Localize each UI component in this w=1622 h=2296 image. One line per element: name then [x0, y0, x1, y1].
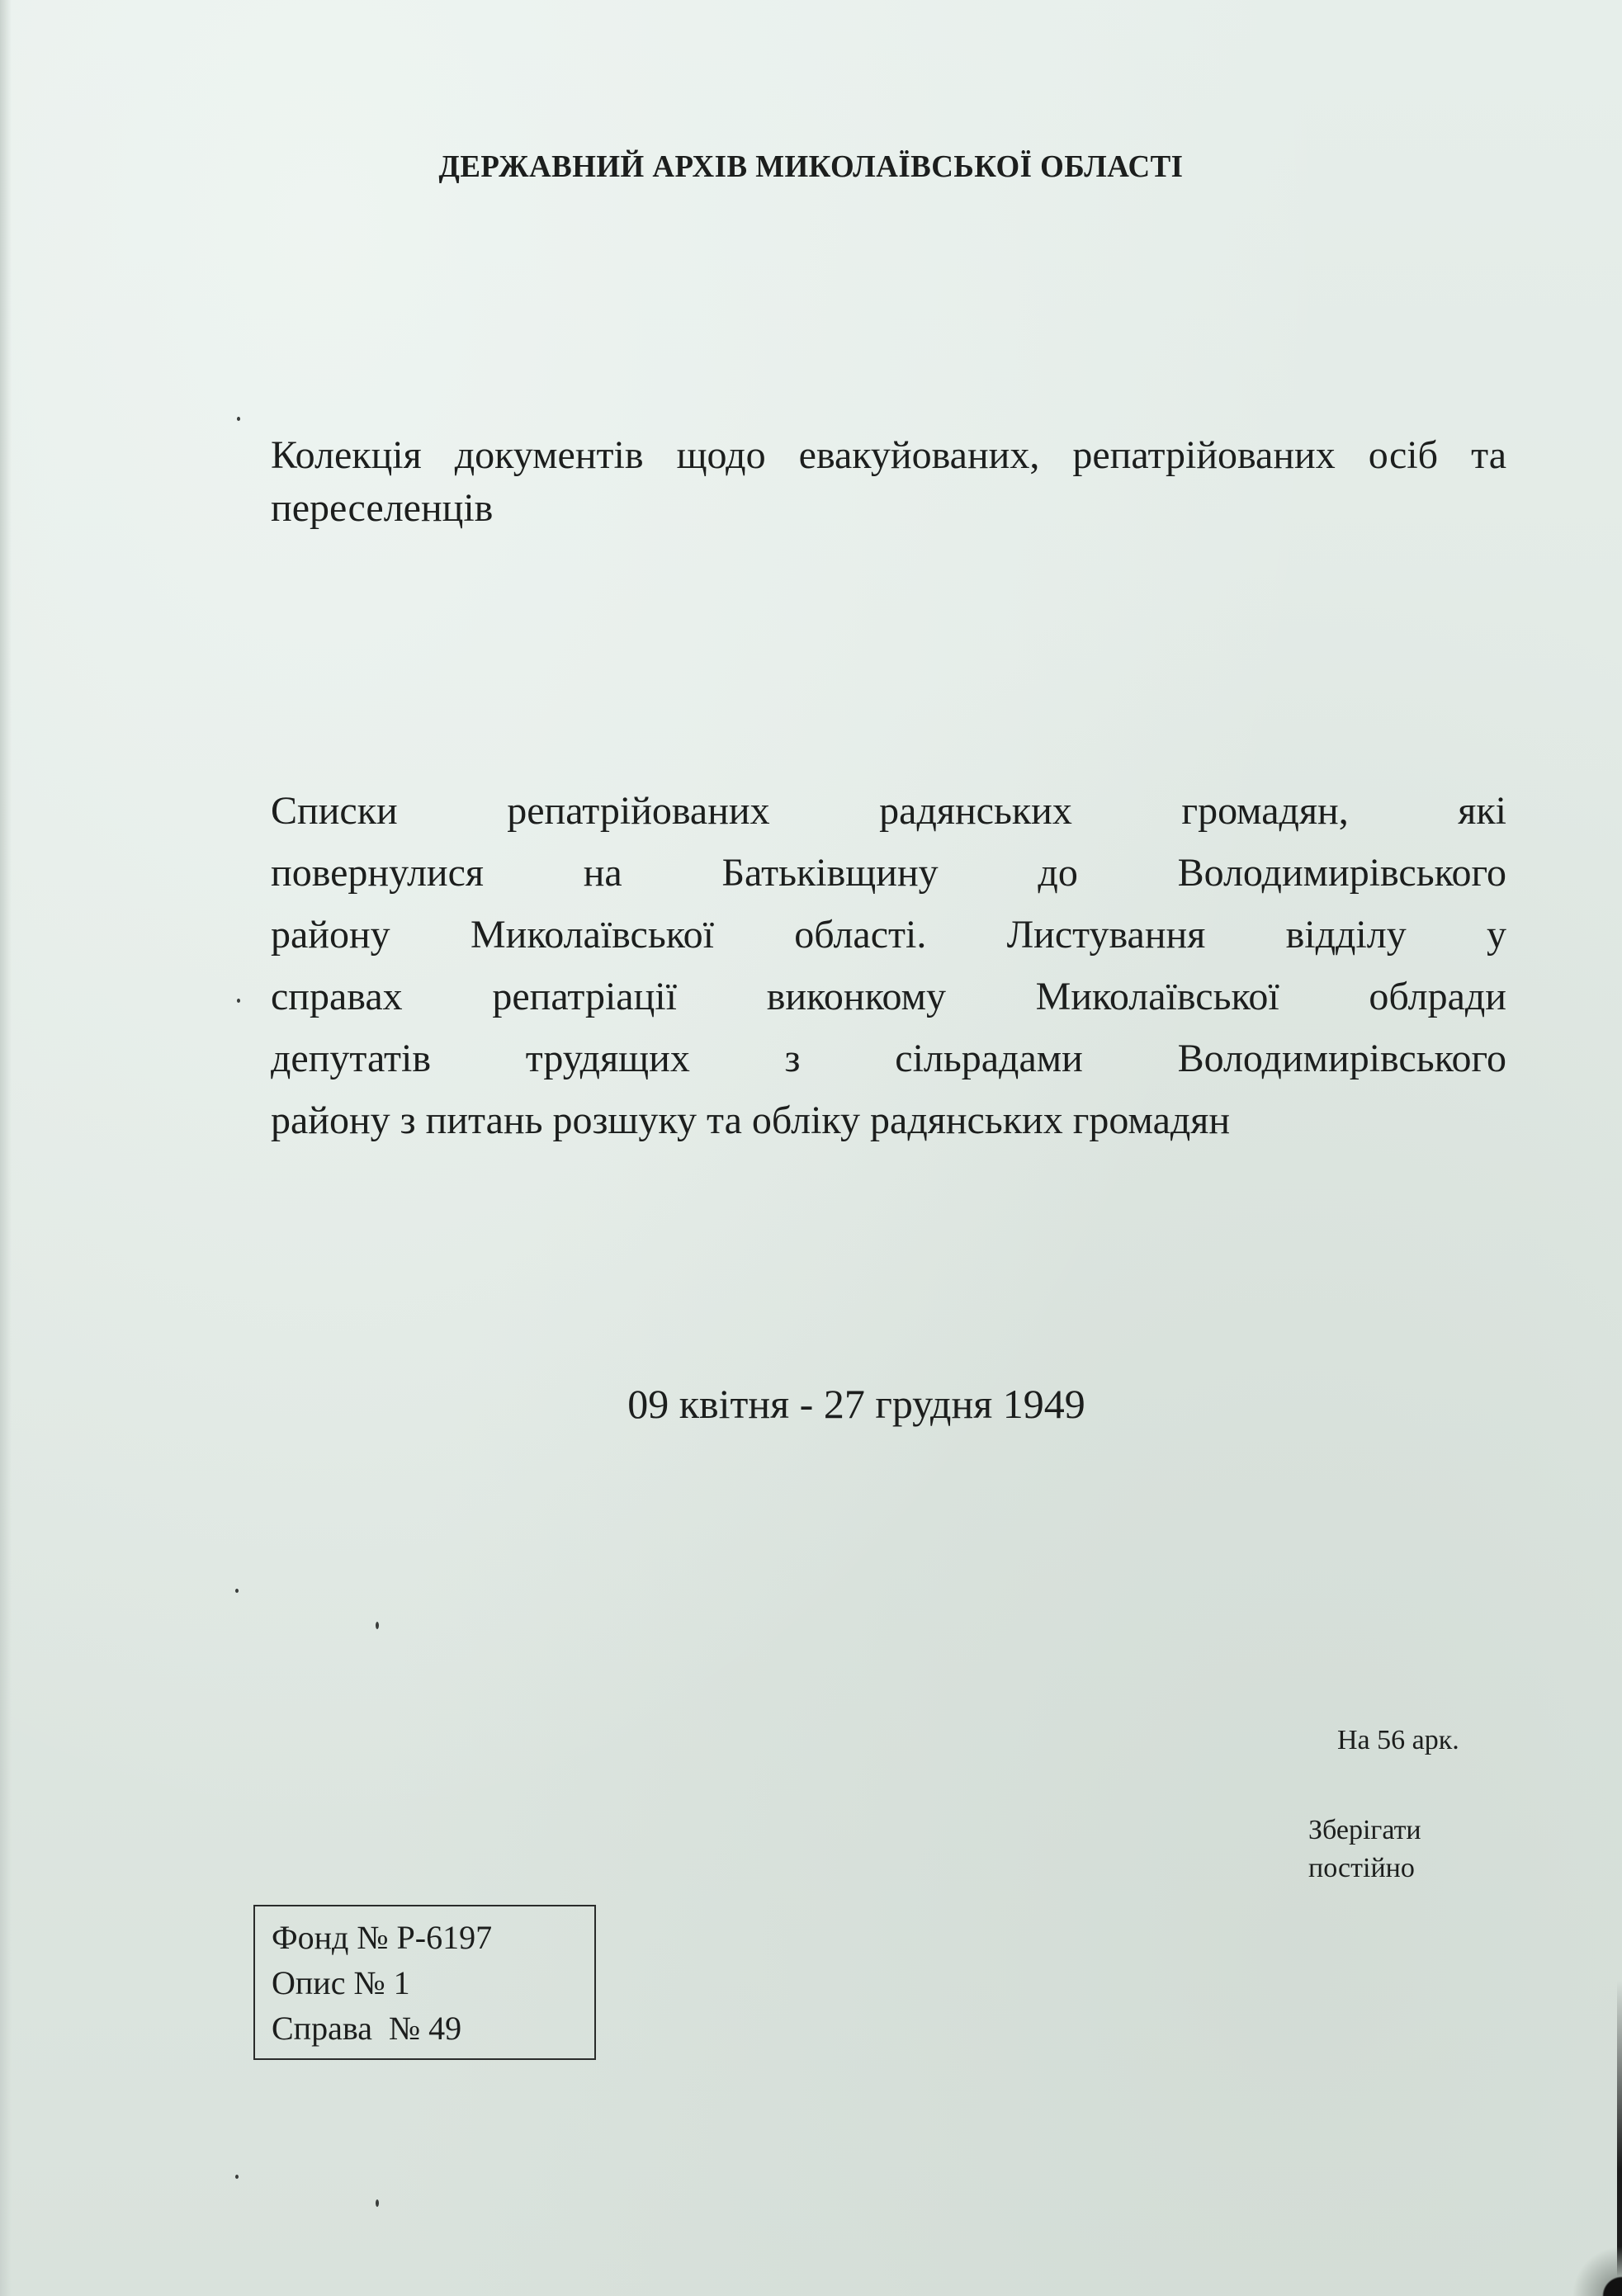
- opys-number: Опис № 1: [272, 1960, 594, 2005]
- description-line: повернулися на Батьківщину до Володимирі…: [271, 842, 1506, 904]
- page-corner-curl: [1564, 2238, 1622, 2296]
- description-line: Списки репатрійованих радянських громадя…: [271, 780, 1506, 842]
- sprava-number: Справа № 49: [272, 2005, 594, 2051]
- description-line: депутатів трудящих з сільрадами Володими…: [271, 1028, 1506, 1089]
- archive-reference-box: Фонд № Р-6197 Опис № 1 Справа № 49: [253, 1905, 596, 2060]
- paper-speck: [376, 1622, 379, 1629]
- page-fold-shadow: [0, 0, 12, 2296]
- collection-title: Колекція документів щодо евакуйованих, р…: [271, 429, 1506, 535]
- fond-number: Фонд № Р-6197: [272, 1915, 594, 1960]
- date-range: 09 квітня - 27 грудня 1949: [0, 1380, 1622, 1428]
- description-line: району Миколаївської області. Листування…: [271, 904, 1506, 966]
- storage-note-line: постійно: [1308, 1850, 1421, 1887]
- description-line: справах репатріації виконкому Миколаївсь…: [271, 966, 1506, 1028]
- paper-speck: [235, 1589, 239, 1593]
- case-description: Списки репатрійованих радянських громадя…: [271, 780, 1506, 1151]
- storage-note: Зберігати постійно: [1308, 1812, 1421, 1887]
- paper-speck: [376, 2199, 379, 2207]
- storage-note-line: Зберігати: [1308, 1812, 1421, 1850]
- paper-speck: [237, 417, 240, 421]
- archive-title: ДЕРЖАВНИЙ АРХІВ МИКОЛАЇВСЬКОЇ ОБЛАСТІ: [24, 149, 1597, 185]
- document-page: ДЕРЖАВНИЙ АРХІВ МИКОЛАЇВСЬКОЇ ОБЛАСТІ Ко…: [0, 0, 1622, 2296]
- sheets-count: На 56 арк.: [1337, 1725, 1459, 1756]
- paper-speck: [235, 2175, 239, 2179]
- paper-speck: [237, 999, 240, 1003]
- description-line: району з питань розшуку та обліку радянс…: [271, 1089, 1506, 1151]
